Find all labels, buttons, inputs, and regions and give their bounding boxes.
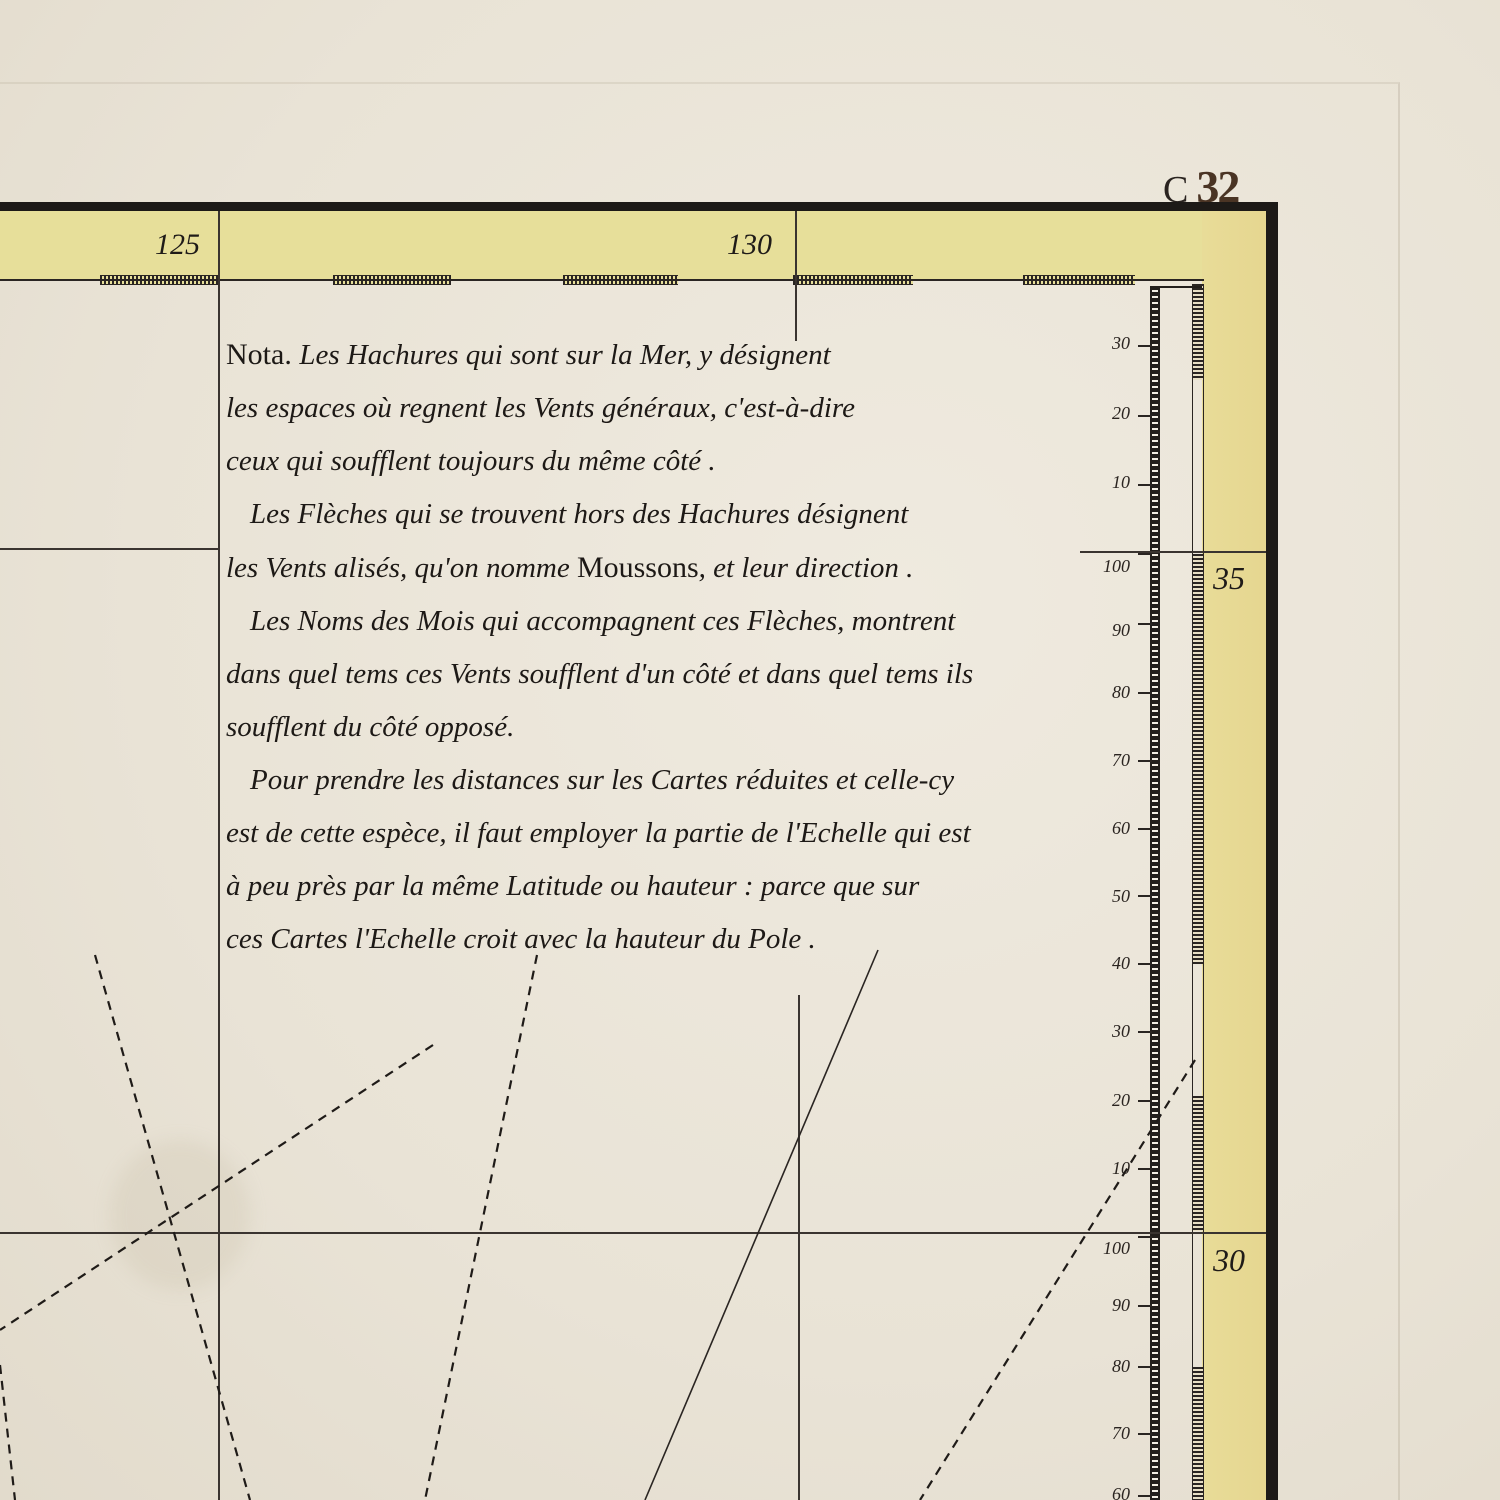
nota-line: ceux qui soufflent toujours du même côté… — [226, 435, 1086, 488]
nota-line: les Vents alisés, qu'on nomme — [226, 552, 570, 584]
nota-line: à peu près par la même Latitude ou haute… — [226, 860, 1086, 913]
nota-line: soufflent du côté opposé. — [226, 701, 1086, 754]
nota-line: dans quel tems ces Vents soufflent d'un … — [226, 648, 1086, 701]
nota-line: Les Noms des Mois qui accompagnent ces F… — [226, 595, 1086, 648]
nota-line: Les Flèches qui se trouvent hors des Hac… — [226, 488, 1086, 541]
moussons-term: Moussons — [577, 551, 699, 584]
nota-line: est de cette espèce, il faut employer la… — [226, 807, 1086, 860]
nota-title: Nota — [226, 338, 284, 371]
nota-line: Les Hachures qui sont sur la Mer, y dési… — [299, 339, 830, 371]
nota-line: les espaces où regnent les Vents générau… — [226, 382, 1086, 435]
nota-line: , et leur direction . — [699, 552, 914, 584]
nota-line: ces Cartes l'Echelle croit avec la haute… — [226, 913, 1086, 966]
nota-legend-text: Nota. Les Hachures qui sont sur la Mer, … — [226, 328, 1086, 966]
nota-line: Pour prendre les distances sur les Carte… — [226, 754, 1086, 807]
